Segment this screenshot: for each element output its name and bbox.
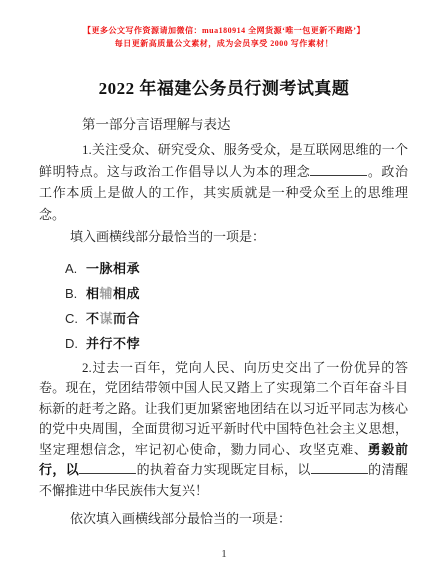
- question-1-prompt: 填入画横线部分最恰当的一项是：: [39, 226, 408, 248]
- option-letter-a: A.: [65, 256, 86, 281]
- blank-underline: [310, 162, 367, 175]
- text-segment: 谋: [100, 311, 114, 326]
- option-text-a: 一脉相承: [86, 256, 140, 281]
- text-segment: 辅: [100, 286, 114, 301]
- blank-underline: [79, 461, 136, 474]
- text-segment: 相成: [113, 286, 140, 301]
- watermark-header: 【更多公文写作资源请加微信：mua180914 全网货源‘唯一包更新不跑路’】 …: [0, 0, 448, 50]
- option-row-c: C. 不谋而合: [39, 306, 408, 331]
- text-segment: 一脉相承: [86, 261, 140, 276]
- document-body: 第一部分言语理解与表达 1.关注受众、研究受众、服务受众，是互联网思维的一个鲜明…: [0, 116, 448, 530]
- option-row-d: D. 并行不悖: [39, 331, 408, 356]
- question-2-prompt: 依次填入画横线部分最恰当的一项是：: [39, 508, 408, 530]
- section-heading: 第一部分言语理解与表达: [39, 116, 408, 134]
- option-letter-d: D.: [65, 331, 86, 356]
- text-segment: 2.过去一百年，党向人民、向历史交出了一份优异的答卷。现在，党团结带领中国人民又…: [39, 360, 408, 457]
- blank-underline: [311, 461, 368, 474]
- option-row-b: B. 相辅相成: [39, 281, 408, 306]
- question-1-options: A. 一脉相承 B. 相辅相成 C. 不谋而合 D. 并行不悖: [39, 256, 408, 356]
- option-text-b: 相辅相成: [86, 281, 140, 306]
- option-letter-c: C.: [65, 306, 86, 331]
- text-segment: 不: [86, 311, 100, 326]
- option-text-c: 不谋而合: [86, 306, 140, 331]
- text-segment: 并行不悖: [86, 336, 140, 351]
- page-number: 1: [0, 548, 448, 560]
- question-2-paragraph: 2.过去一百年，党向人民、向历史交出了一份优异的答卷。现在，党团结带领中国人民又…: [39, 358, 408, 502]
- watermark-line-2: 每日更新高质量公文素材，成为会员享受 2000 写作素材！: [0, 37, 448, 50]
- text-segment: 相: [86, 286, 100, 301]
- document-page: 【更多公文写作资源请加微信：mua180914 全网货源‘唯一包更新不跑路’】 …: [0, 0, 448, 580]
- question-1-paragraph: 1.关注受众、研究受众、服务受众，是互联网思维的一个鲜明特点。这与政治工作倡导以…: [39, 139, 408, 225]
- option-row-a: A. 一脉相承: [39, 256, 408, 281]
- watermark-line-1: 【更多公文写作资源请加微信：mua180914 全网货源‘唯一包更新不跑路’】: [0, 24, 448, 37]
- text-segment: 的执着奋力实现既定目标，以: [136, 462, 311, 477]
- page-title: 2022 年福建公务员行测考试真题: [0, 74, 448, 99]
- option-text-d: 并行不悖: [86, 331, 140, 356]
- option-letter-b: B.: [65, 281, 86, 306]
- text-segment: 而合: [113, 311, 140, 326]
